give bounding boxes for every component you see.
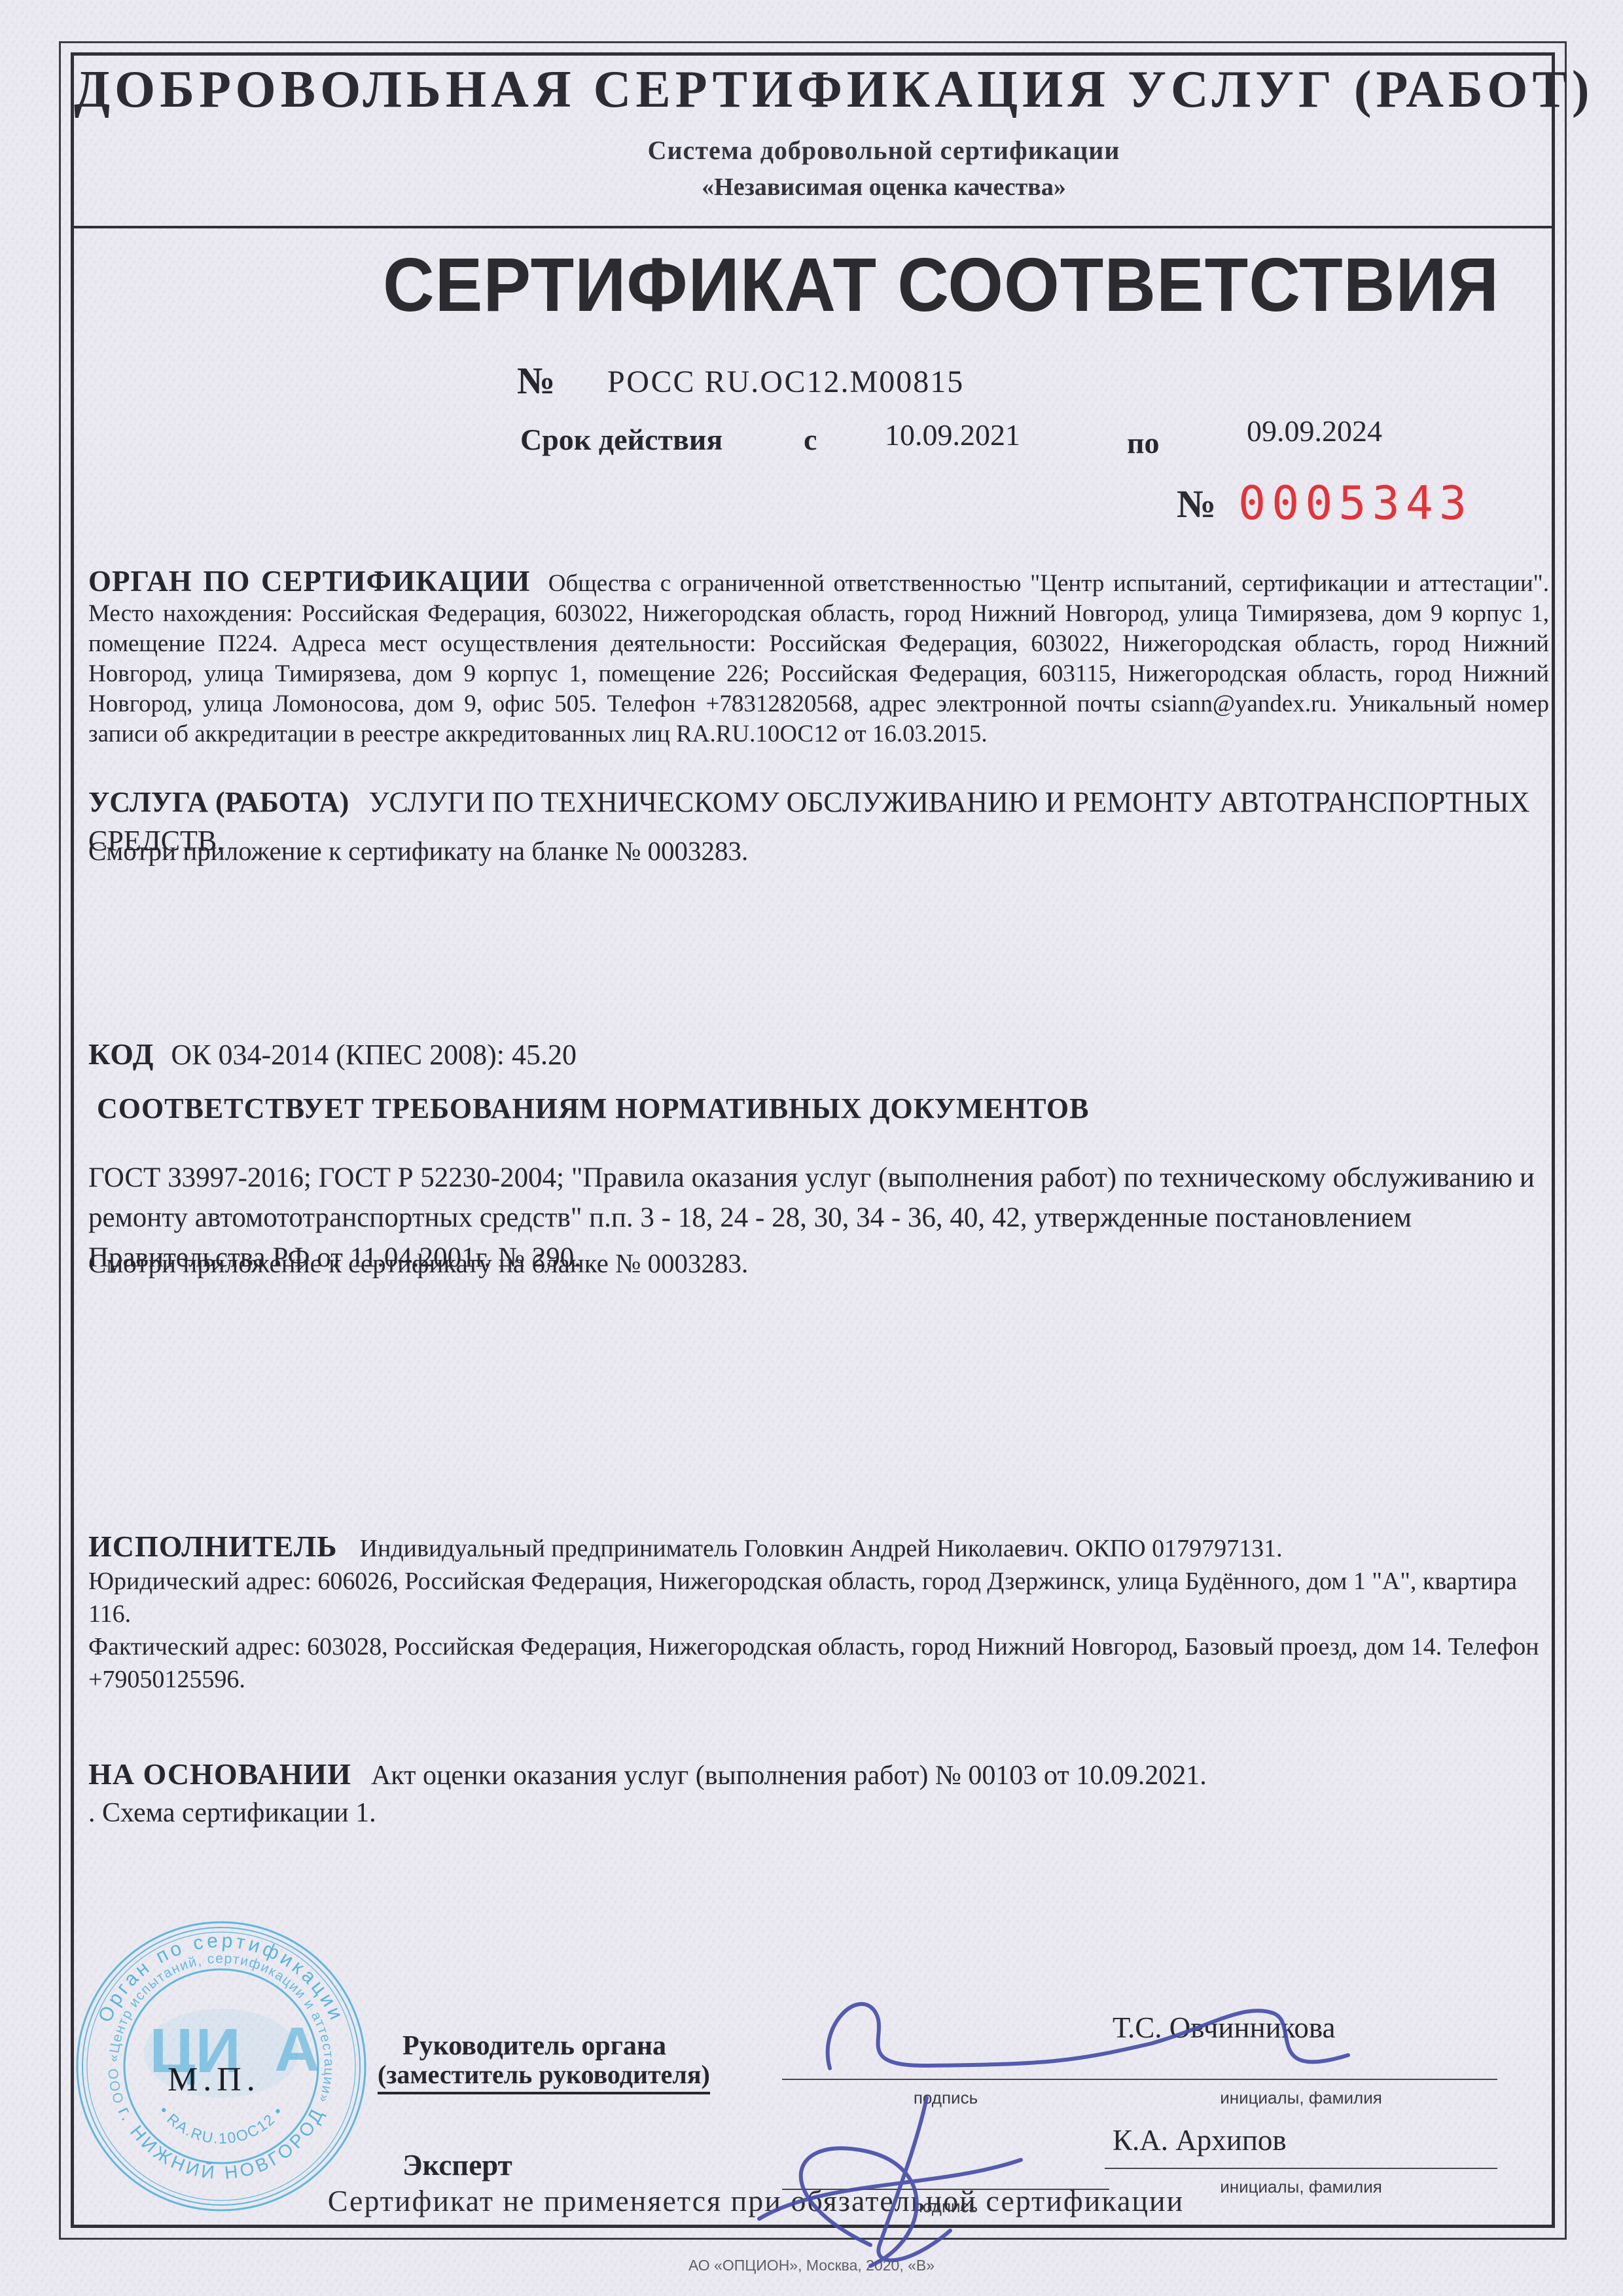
stamp-center-right-letter: А xyxy=(274,2015,319,2085)
document-title: СЕРТИФИКАТ СООТВЕТСТВИЯ xyxy=(383,241,1499,329)
section-certification-body: ОРГАН ПО СЕРТИФИКАЦИИ Общества с огранич… xyxy=(88,566,1549,749)
validity-label: Срок действия xyxy=(520,422,722,457)
expert-label: Эксперт xyxy=(402,2148,512,2182)
validity-to-date: 09.09.2024 xyxy=(1247,414,1382,448)
section-basis-line2: . Схема сертификации 1. xyxy=(88,1798,376,1828)
section-executor-line2: Юридический адрес: 606026, Российская Фе… xyxy=(88,1568,1517,1628)
system-subtitle-1: Система добровольной сертификации xyxy=(216,135,1552,166)
certificate-page: ДОБРОВОЛЬНАЯ СЕРТИФИКАЦИЯ УСЛУГ (РАБОТ) … xyxy=(0,0,1623,2296)
section-compliance-heading: СООТВЕТСТВУЕТ ТРЕБОВАНИЯМ НОРМАТИВНЫХ ДО… xyxy=(97,1092,1090,1125)
certificate-number-value: РОСС RU.ОС12.М00815 xyxy=(607,364,964,400)
section-basis: НА ОСНОВАНИИАкт оценки оказания услуг (в… xyxy=(88,1755,1549,1832)
section-code: КОДОК 034-2014 (КПЕС 2008): 45.20 xyxy=(88,1037,1549,1071)
section-service-heading: УСЛУГА (РАБОТА) xyxy=(88,786,349,818)
expert-signature-stroke xyxy=(759,2098,1021,2266)
validity-from-date: 10.09.2021 xyxy=(885,418,1020,452)
section-basis-heading: НА ОСНОВАНИИ xyxy=(88,1757,351,1791)
validity-to-label: по xyxy=(1127,425,1160,460)
blank-number-label: № xyxy=(1177,482,1216,527)
section-certification-body-heading: ОРГАН ПО СЕРТИФИКАЦИИ xyxy=(88,565,530,598)
handwritten-signatures xyxy=(720,1964,1538,2271)
stamp-arc-code-text: • RA.RU.10ОС12 • xyxy=(156,2103,287,2147)
header-divider xyxy=(74,226,1552,228)
system-title: ДОБРОВОЛЬНАЯ СЕРТИФИКАЦИЯ УСЛУГ (РАБОТ) xyxy=(74,60,1552,120)
section-executor-line1: Индивидуальный предприниматель Головкин … xyxy=(360,1535,1283,1562)
head-of-body-label-line1: Руководитель органа xyxy=(402,2030,666,2062)
head-of-body-label-line2: (заместитель руководителя) xyxy=(378,2059,710,2094)
section-executor: ИСПОЛНИТЕЛЬИндивидуальный предпринимател… xyxy=(88,1530,1549,1696)
section-code-text: ОК 034-2014 (КПЕС 2008): 45.20 xyxy=(171,1039,577,1071)
svg-text:• RA.RU.10ОС12 •: • RA.RU.10ОС12 • xyxy=(156,2103,287,2147)
section-executor-line3: Фактический адрес: 603028, Российская Фе… xyxy=(88,1633,1539,1693)
certificate-number-label: № xyxy=(517,359,555,403)
section-code-heading: КОД xyxy=(88,1037,154,1071)
mp-seal-place-label: М.П. xyxy=(168,2060,260,2099)
head-signature-stroke xyxy=(828,2004,1348,2068)
validity-from-label: с xyxy=(804,422,817,457)
section-executor-heading: ИСПОЛНИТЕЛЬ xyxy=(88,1530,338,1563)
section-service-note: Смотри приложение к сертификату на бланк… xyxy=(88,835,748,867)
blank-number-value: 0005343 xyxy=(1238,476,1472,530)
section-compliance-note: Смотри приложение к сертификату на бланк… xyxy=(88,1247,748,1279)
section-basis-text: Акт оценки оказания услуг (выполнения ра… xyxy=(371,1761,1207,1791)
system-subtitle-2: «Независимая оценка качества» xyxy=(216,173,1552,202)
